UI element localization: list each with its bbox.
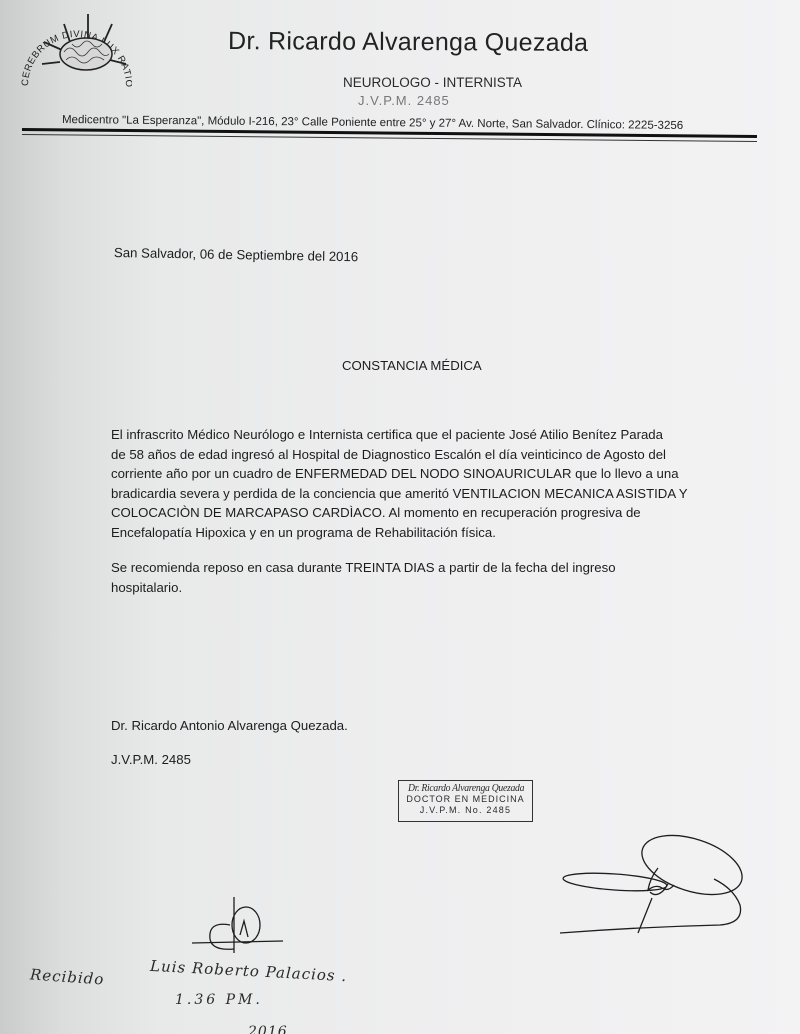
paragraph-line: Se recomienda reposo en casa durante TRE… [111, 558, 751, 578]
signatory-name: Dr. Ricardo Antonio Alvarenga Quezada. [111, 716, 348, 736]
paragraph-line: corriente año por un cuadro de ENFERMEDA… [111, 464, 751, 484]
document-title: CONSTANCIA MÉDICA [342, 356, 482, 376]
paragraph-line: bradicardia severa y perdida de la conci… [111, 484, 751, 504]
medical-certificate-page: CEREBRUM DIVINA LUX RATIO SALUS SCIENTIA… [0, 0, 800, 1034]
received-year-handwritten: 2016 [248, 1024, 288, 1034]
paragraph-line: de 58 años de edad ingresó al Hospital d… [111, 445, 751, 465]
doctor-signature-icon [540, 820, 800, 935]
receiver-signature-icon [190, 895, 285, 955]
stamp-doctor-name: Dr. Ricardo Alvarenga Quezada [408, 783, 523, 794]
doctor-name-heading: Dr. Ricardo Alvarenga Quezada [228, 27, 588, 58]
received-time-handwritten: 1.36 PM. [175, 992, 263, 1008]
paragraph-line: COLOCACIÒN DE MARCAPASO CARDÌACO. Al mom… [111, 503, 751, 523]
receiver-name-handwritten: Luis Roberto Palacios . [150, 957, 348, 985]
received-label-handwritten: Recibido [29, 965, 104, 988]
specialty-subtitle: NEUROLOGO - INTERNISTA [343, 75, 522, 90]
date-line: San Salvador, 06 de Septiembre del 2016 [114, 243, 358, 267]
brain-emblem-icon: CEREBRUM DIVINA LUX RATIO SALUS SCIENTIA… [14, 2, 132, 94]
paragraph-line: hospitalario. [111, 578, 751, 598]
paragraph-line: El infrascrito Médico Neurólogo e Intern… [111, 425, 751, 445]
letterhead-license-number: J.V.P.M. 2485 [358, 93, 450, 108]
doctor-stamp: Dr. Ricardo Alvarenga Quezada DOCTOR EN … [398, 780, 533, 822]
paragraph-line: Encefalopatía Hipoxica y en un programa … [111, 523, 751, 543]
signatory-license: J.V.P.M. 2485 [111, 750, 191, 770]
stamp-license: J.V.P.M. No. 2485 [403, 805, 528, 816]
stamp-title: DOCTOR EN MEDICINA [403, 794, 528, 805]
recommendation-paragraph: Se recomienda reposo en casa durante TRE… [111, 558, 751, 597]
certification-paragraph: El infrascrito Médico Neurólogo e Intern… [111, 425, 751, 542]
